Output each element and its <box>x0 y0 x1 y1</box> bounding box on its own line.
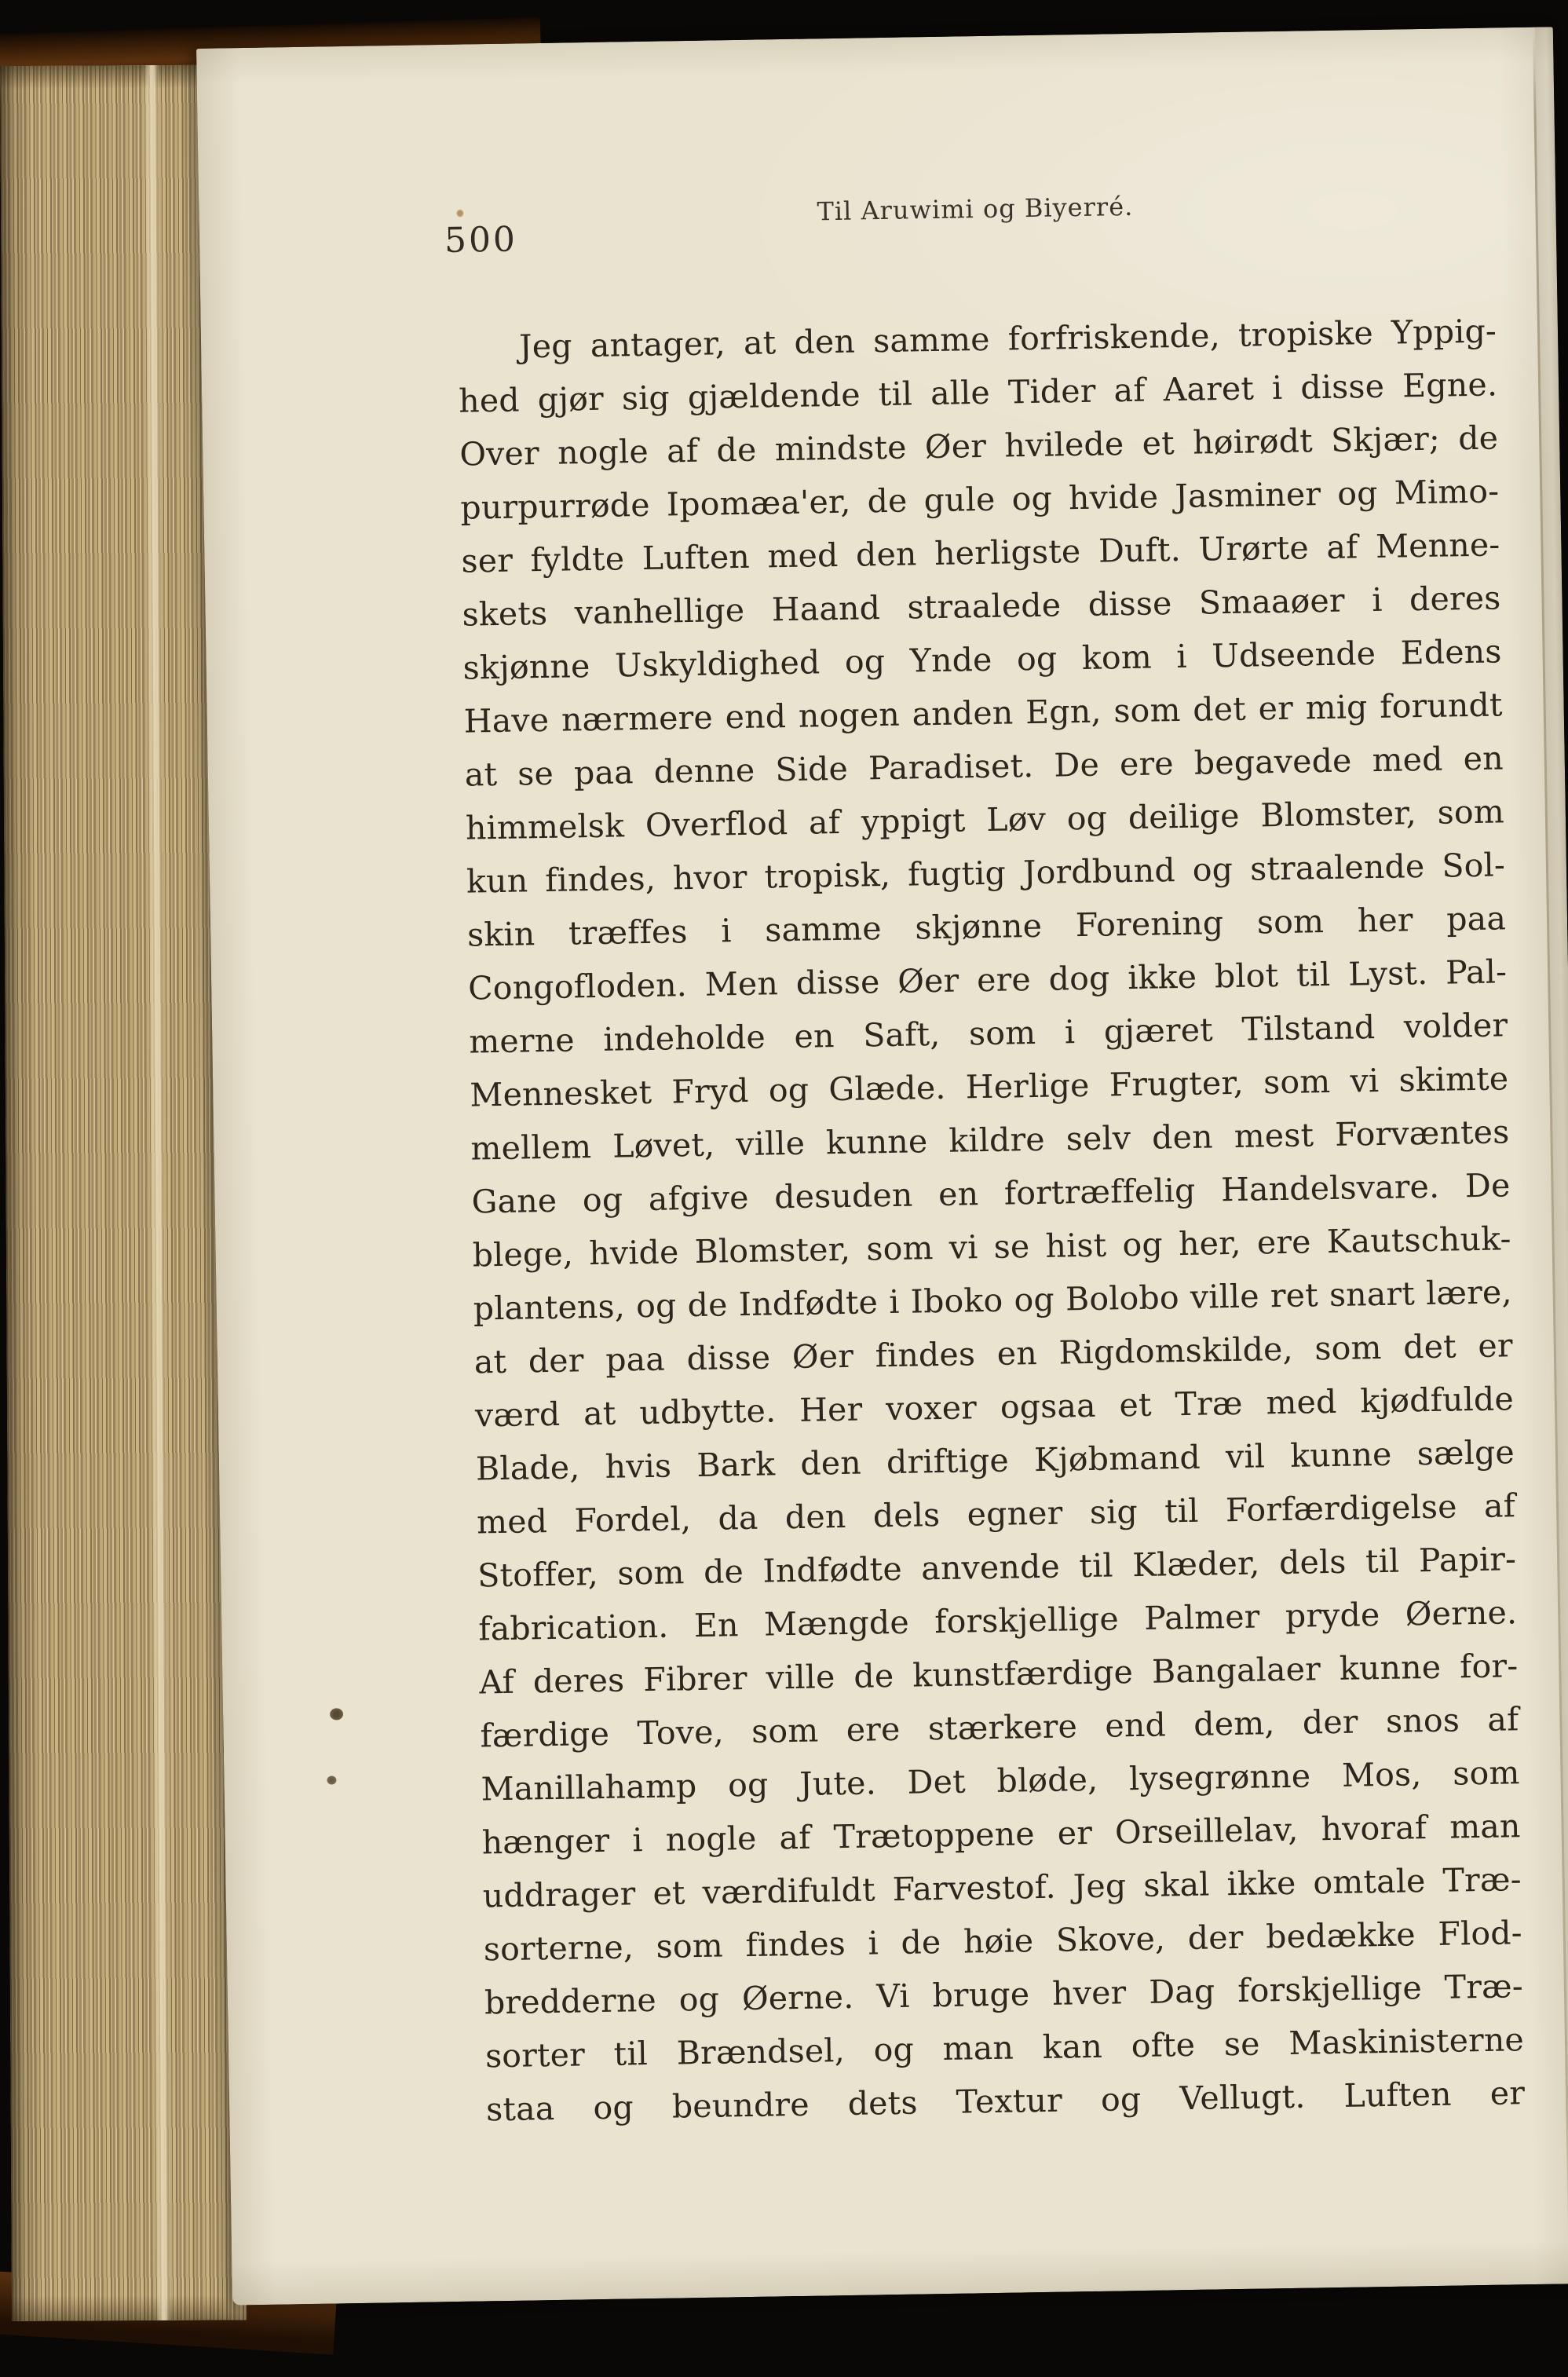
scanned-book-page: 500 Til Aruwimi og Biyerré. Jeg antager,… <box>196 27 1568 2305</box>
ink-speck <box>327 1775 336 1784</box>
paper-stain <box>456 210 463 218</box>
ink-speck <box>330 1708 343 1720</box>
body-text: Jeg antager, at den samme forfriskende, … <box>458 304 1526 2136</box>
page-edge-highlight <box>144 65 171 2320</box>
running-header: Til Aruwimi og Biyerré. <box>455 188 1494 229</box>
paper-stain <box>1036 1732 1042 1737</box>
